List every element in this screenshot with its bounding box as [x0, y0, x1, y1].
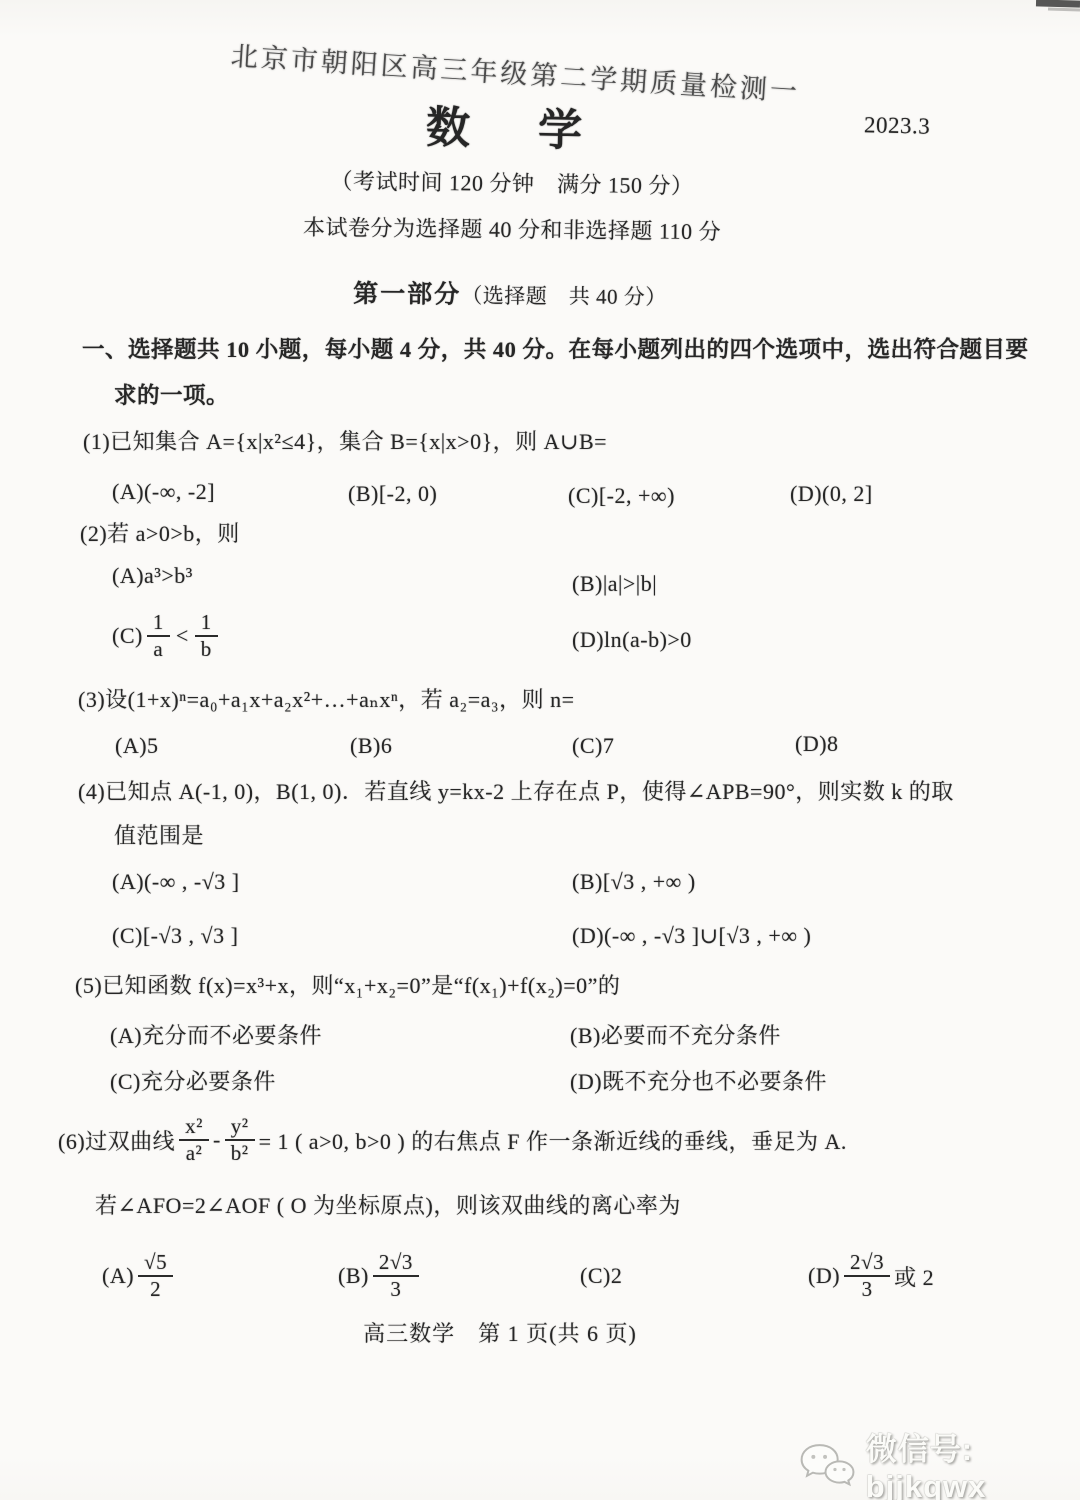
- section-one-subtitle: （选择题 共 40 分）: [461, 284, 667, 309]
- wechat-icon: [798, 1437, 856, 1493]
- q1-stem: (1)已知集合 A={x|x²≤4}，集合 B={x|x>0}，则 A∪B=: [83, 428, 607, 456]
- wechat-watermark: 微信号: bjjkqwx: [798, 1424, 1080, 1500]
- q3-option-a: (A)5: [115, 732, 159, 760]
- q6-option-a: (A) √5 2: [102, 1234, 177, 1318]
- q6-option-d-label: (D): [808, 1263, 840, 1289]
- q3-option-b: (B)6: [350, 732, 392, 760]
- q6-option-c-text: (C)2: [580, 1263, 622, 1289]
- q5-stem: (5)已知函数 f(x)=x³+x，则“x₁+x₂=0”是“f(x₁)+f(x₂…: [75, 972, 620, 1000]
- q6-minus-sign: -: [213, 1127, 221, 1153]
- q4-option-a: (A)(-∞ , -√3 ]: [112, 868, 240, 896]
- q5-option-d: (D)既不充分也不必要条件: [570, 1068, 827, 1096]
- q6-stem-line-1: (6)过双曲线 x² a² - y² b² = 1 ( a>0, b>0 ) 的…: [58, 1098, 847, 1182]
- q6-option-b-label: (B): [338, 1263, 369, 1289]
- exam-date: 2023.3: [864, 111, 931, 141]
- q2-option-b: (B)|a|>|b|: [572, 570, 657, 598]
- section-one-title: 第一部分: [353, 281, 461, 309]
- q1-option-d: (D)(0, 2]: [790, 480, 873, 508]
- fraction-sqrt5-over-2: √5 2: [138, 1251, 173, 1301]
- q4-option-b: (B)[√3 , +∞ ): [572, 868, 696, 896]
- q6-option-c: (C)2: [580, 1234, 622, 1318]
- q2-option-c-label: (C): [112, 623, 143, 649]
- q5-option-c: (C)充分必要条件: [110, 1068, 276, 1096]
- fraction-y2-over-b2: y² b²: [225, 1115, 255, 1165]
- q2-option-a: (A)a³>b³: [112, 562, 193, 590]
- q1-option-a: (A)(-∞, -2]: [112, 478, 215, 506]
- fraction-1-over-a: 1 a: [147, 611, 170, 661]
- q2-option-c-relation: <: [176, 623, 189, 649]
- q3-option-d: (D)8: [795, 730, 839, 758]
- q2-stem: (2)若 a>0>b，则: [80, 520, 240, 548]
- q4-stem-line-1: (4)已知点 A(-1, 0)，B(1, 0)．若直线 y=kx-2 上存在点 …: [78, 778, 954, 806]
- q4-option-c: (C)[-√3 , √3 ]: [112, 922, 238, 950]
- q4-option-d: (D)(-∞ , -√3 ]∪[√3 , +∞ ): [572, 922, 811, 950]
- q3-option-c: (C)7: [572, 732, 614, 760]
- paper-split-info: 本试卷分为选择题 40 分和非选择题 110 分: [0, 210, 1052, 249]
- exam-time-info: （考试时间 120 分钟 满分 150 分）: [0, 162, 1052, 205]
- q1-option-c: (C)[-2, +∞): [568, 482, 675, 510]
- scan-artifact: [1036, 0, 1080, 8]
- instruction-line-2: 求的一项。: [114, 382, 229, 410]
- exam-page: 北京市朝阳区高三年级第二学期质量检测一 数 学 2023.3 （考试时间 120…: [0, 0, 1080, 1500]
- fraction-x2-over-a2: x² a²: [179, 1115, 209, 1165]
- q4-stem-line-2: 值范围是: [114, 822, 204, 850]
- instruction-line-1: 一、选择题共 10 小题，每小题 4 分，共 40 分。在每小题列出的四个选项中…: [82, 336, 1029, 364]
- q2-option-c: (C) 1 a < 1 b: [112, 600, 222, 672]
- wechat-id-text: 微信号: bjjkqwx: [866, 1424, 1080, 1500]
- scan-artifact-2: [1048, 7, 1080, 11]
- fraction-1-over-b: 1 b: [195, 611, 218, 661]
- q5-option-a: (A)充分而不必要条件: [110, 1022, 322, 1050]
- section-one-heading: 第一部分（选择题 共 40 分）: [0, 276, 1050, 315]
- q1-option-b: (B)[-2, 0): [348, 480, 437, 508]
- q6-stem-line-2: 若∠AFO=2∠AOF ( O 为坐标原点)，则该双曲线的离心率为: [95, 1192, 681, 1220]
- q6-stem-suffix: = 1 ( a>0, b>0 ) 的右焦点 F 作一条渐近线的垂线，垂足为 A.: [259, 1125, 847, 1156]
- fraction-2sqrt3-over-3: 2√3 3: [373, 1251, 419, 1301]
- q6-option-d-suffix: 或 2: [894, 1261, 934, 1292]
- q6-option-a-label: (A): [102, 1263, 134, 1289]
- q3-stem: (3)设(1+x)ⁿ=a₀+a₁x+a₂x²+…+aₙxⁿ，若 a₂=a₃，则 …: [78, 686, 574, 714]
- q6-option-d: (D) 2√3 3 或 2: [808, 1234, 934, 1318]
- q6-stem-prefix: (6)过双曲线: [58, 1125, 175, 1156]
- q2-option-d: (D)ln(a-b)>0: [572, 626, 692, 654]
- fraction-2sqrt3-over-3-d: 2√3 3: [844, 1251, 890, 1301]
- q5-option-b: (B)必要而不充分条件: [570, 1022, 781, 1050]
- q6-option-b: (B) 2√3 3: [338, 1234, 423, 1318]
- page-footer: 高三数学 第 1 页(共 6 页): [0, 1320, 1040, 1348]
